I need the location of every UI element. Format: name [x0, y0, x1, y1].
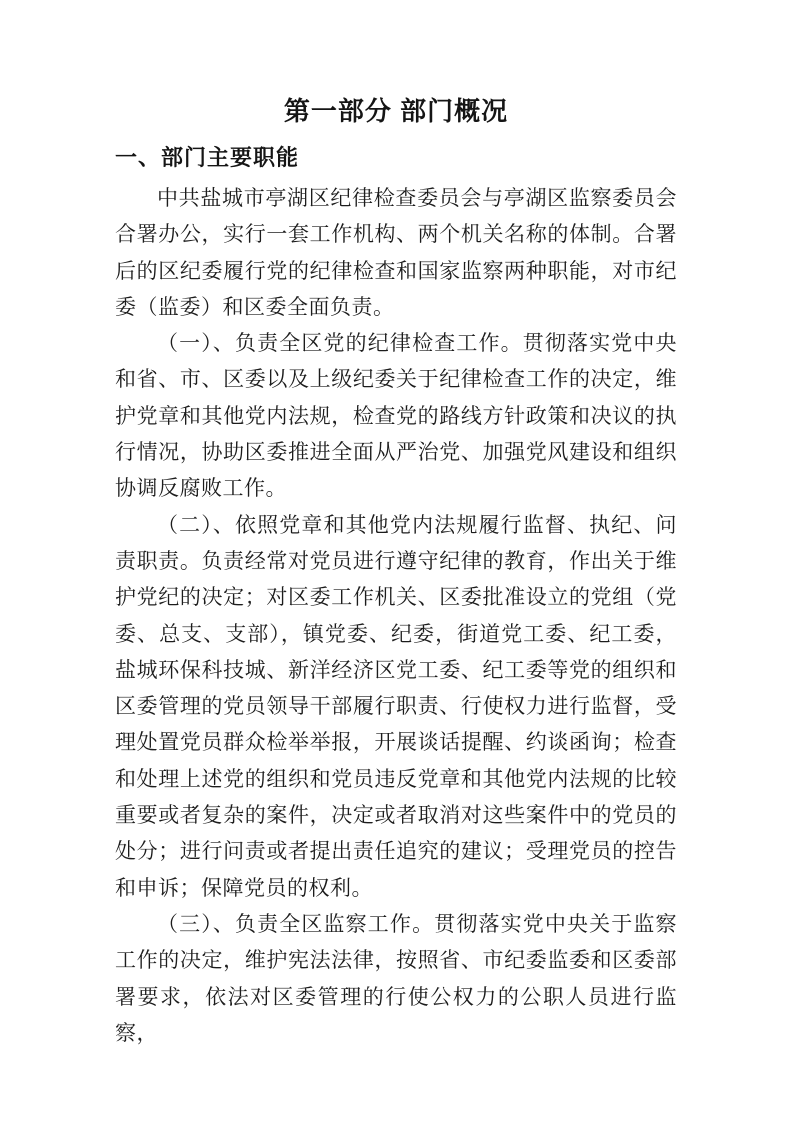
- paragraph-intro: 中共盐城市亭湖区纪律检查委员会与亭湖区监察委员会合署办公，实行一套工作机构、两个…: [115, 180, 677, 325]
- document-title: 第一部分 部门概况: [115, 92, 677, 130]
- document-body: 中共盐城市亭湖区纪律检查委员会与亭湖区监察委员会合署办公，实行一套工作机构、两个…: [115, 180, 677, 1051]
- paragraph-function-2: （二）、依照党章和其他党内法规履行监督、执纪、问责职责。负责经常对党员进行遵守纪…: [115, 507, 677, 906]
- section-heading: 一、部门主要职能: [115, 143, 677, 173]
- document-page: 第一部分 部门概况 一、部门主要职能 中共盐城市亭湖区纪律检查委员会与亭湖区监察…: [0, 0, 794, 1123]
- paragraph-function-1: （一）、负责全区党的纪律检查工作。贯彻落实党中央和省、市、区委以及上级纪委关于纪…: [115, 325, 677, 506]
- paragraph-function-3: （三）、负责全区监察工作。贯彻落实党中央关于监察工作的决定，维护宪法法律，按照省…: [115, 906, 677, 1051]
